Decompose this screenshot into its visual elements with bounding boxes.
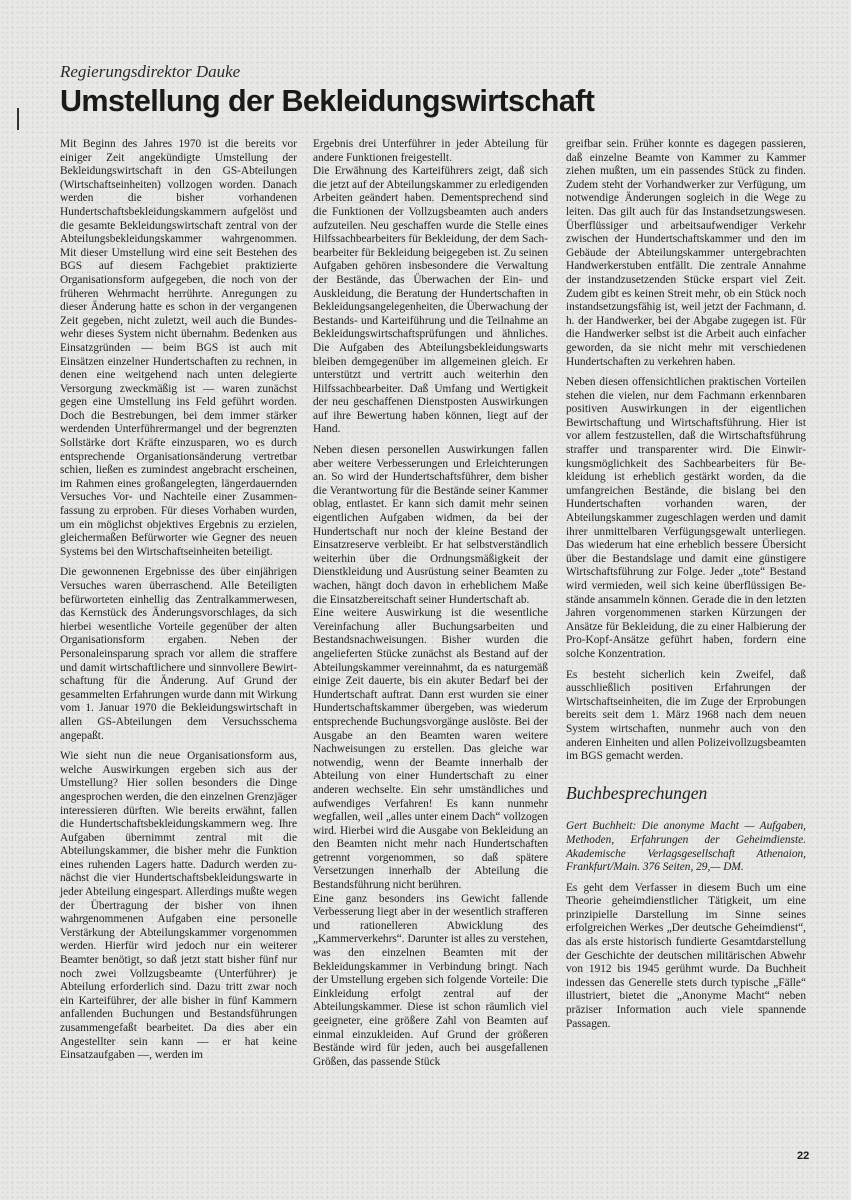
article-column-3: greifbar sein. Früher konnte es dagegen … (566, 138, 806, 1038)
paragraph: Die Erwähnung des Karteiführers zeigt, d… (313, 165, 548, 437)
article-column-2: Ergebnis drei Unterführer in jeder Abtei… (313, 138, 548, 1076)
article-title: Umstellung der Bekleidungswirtschaft (60, 84, 594, 119)
magazine-page: Regierungsdirektor Dauke Umstellung der … (0, 0, 851, 1200)
paragraph: Mit Beginn des Jahres 1970 ist die berei… (60, 138, 297, 559)
book-reviews-heading: Buchbesprechungen (566, 787, 806, 801)
page-number: 22 (797, 1150, 809, 1162)
book-review-text: Es geht dem Verfasser in diesem Buch um … (566, 882, 806, 1032)
paragraph: Eine weitere Auswirkung ist die wesentli… (313, 607, 548, 892)
paragraph: Ergebnis drei Unterführer in jeder Abtei… (313, 138, 548, 165)
paragraph: Es besteht sicherlich kein Zweifel, daß … (566, 669, 806, 764)
article-column-1: Mit Beginn des Jahres 1970 ist die berei… (60, 138, 297, 1070)
margin-mark (17, 108, 19, 130)
paragraph: Wie sieht nun die neue Organisationsform… (60, 750, 297, 1063)
book-citation: Gert Buchheit: Die anonyme Macht — Auf­g… (566, 820, 806, 874)
article-author: Regierungsdirektor Dauke (60, 62, 240, 82)
paragraph: Neben diesen offensichtlichen praktische… (566, 376, 806, 661)
paragraph: Die gewonnenen Ergebnisse des über einjä… (60, 566, 297, 743)
paragraph: Eine ganz besonders ins Gewicht fallende… (313, 893, 548, 1070)
paragraph: greifbar sein. Früher konnte es dagegen … (566, 138, 806, 369)
paragraph: Neben diesen personellen Auswirkungen fa… (313, 444, 548, 607)
